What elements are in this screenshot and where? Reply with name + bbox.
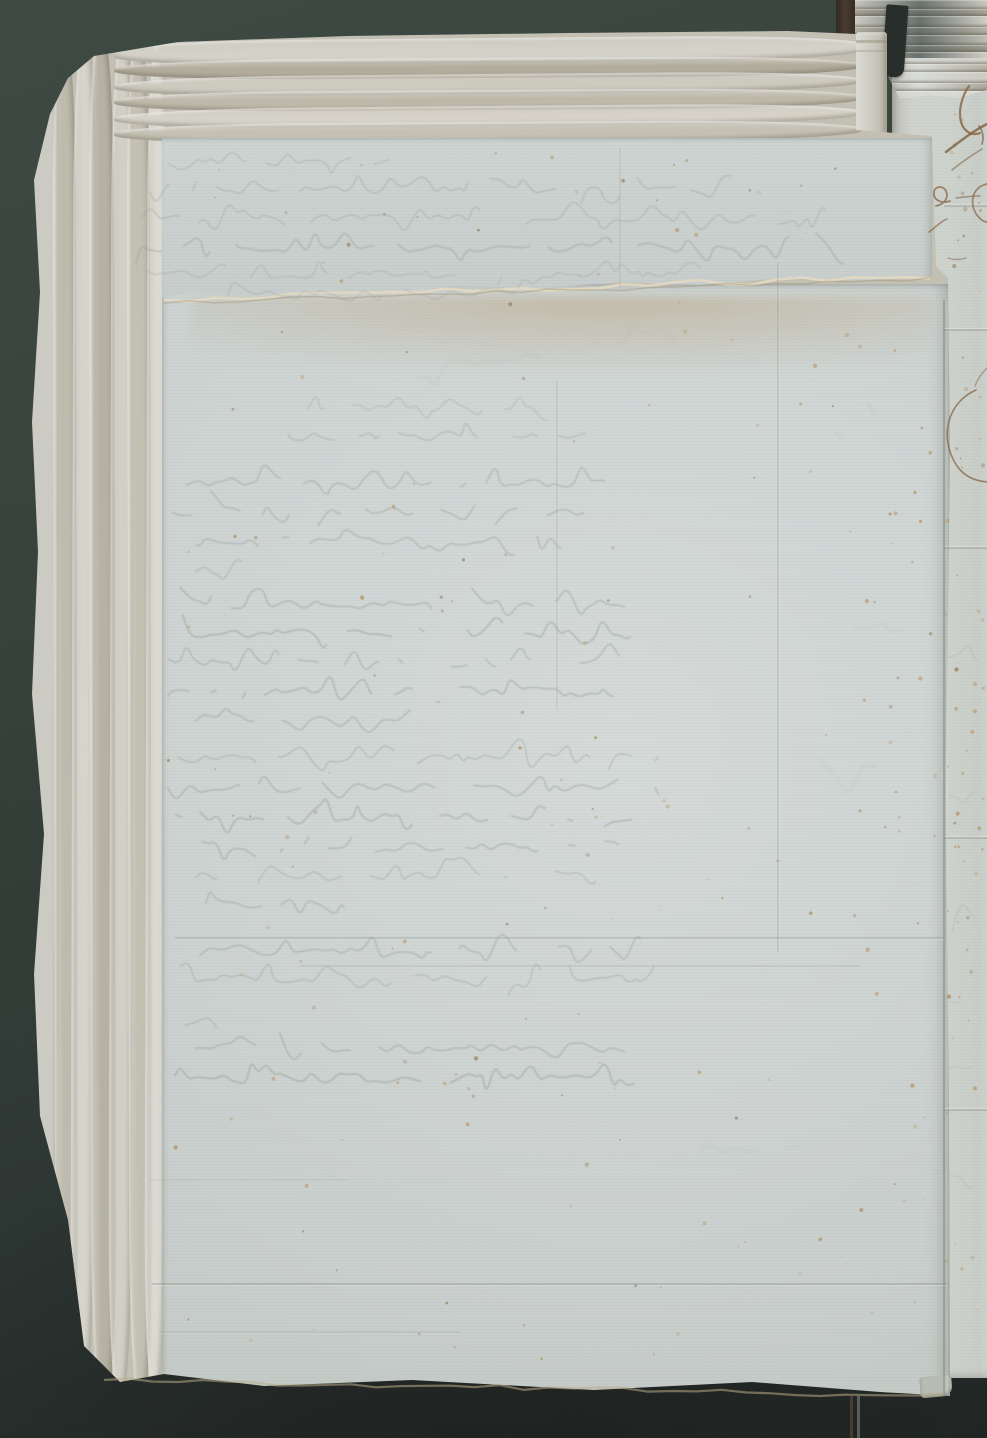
manuscript-scan: Archival photograph of an opened early-m… [0,0,987,1438]
bleedthrough-art-overlay [0,0,987,1438]
